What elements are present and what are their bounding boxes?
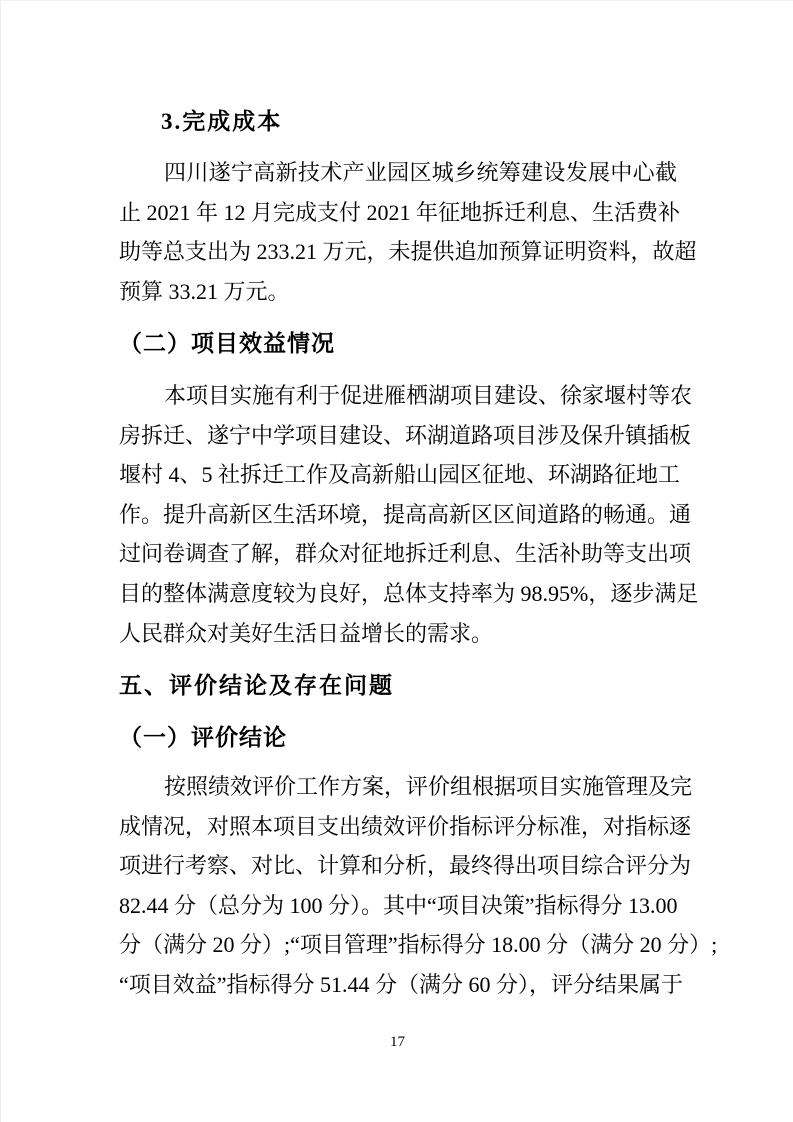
- paragraph-line: 按照绩效评价工作方案，评价组根据项目实施管理及完: [119, 767, 677, 807]
- paragraph-line: 止 2021 年 12 月完成支付 2021 年征地拆迁利息、生活费补: [119, 193, 677, 233]
- paragraph-project-benefit: 本项目实施有利于促进雁栖湖项目建设、徐家堰村等农 房拆迁、遂宁中学项目建设、环湖…: [119, 376, 677, 653]
- paragraph-line: 预算 33.21 万元。: [119, 272, 677, 312]
- paragraph-line: 目的整体满意度较为良好，总体支持率为 98.95%，逐步满足: [119, 574, 677, 614]
- paragraph-line: 分（满分 20 分）;“项目管理”指标得分 18.00 分（满分 20 分）;: [119, 925, 677, 965]
- paragraph-line: 82.44 分（总分为 100 分）。其中“项目决策”指标得分 13.00: [119, 886, 677, 926]
- paragraph-line: “项目效益”指标得分 51.44 分（满分 60 分），评分结果属于: [119, 965, 677, 1005]
- heading-evaluation-conclusion-chapter: 五、评价结论及存在问题: [119, 669, 677, 701]
- paragraph-line: 成情况，对照本项目支出绩效评价指标评分标准，对指标逐: [119, 807, 677, 847]
- paragraph-line: 堰村 4、5 社拆迁工作及高新船山园区征地、环湖路征地工: [119, 455, 677, 495]
- paragraph-line: 助等总支出为 233.21 万元，未提供追加预算证明资料，故超: [119, 232, 677, 272]
- heading-evaluation-conclusion-sub: （一）评价结论: [119, 723, 677, 753]
- document-page: 3.完成成本 四川遂宁高新技术产业园区城乡统筹建设发展中心截 止 2021 年 …: [0, 0, 793, 1122]
- heading-project-benefit: （二）项目效益情况: [119, 329, 677, 359]
- paragraph-line: 人民群众对美好生活日益增长的需求。: [119, 614, 677, 654]
- paragraph-line: 房拆迁、遂宁中学项目建设、环湖道路项目涉及保升镇插板: [119, 416, 677, 456]
- paragraph-line: 项进行考察、对比、计算和分析，最终得出项目综合评分为: [119, 846, 677, 886]
- heading-completion-cost: 3.完成成本: [119, 107, 719, 137]
- paragraph-completion-cost: 四川遂宁高新技术产业园区城乡统筹建设发展中心截 止 2021 年 12 月完成支…: [119, 153, 677, 311]
- page-number: 17: [1, 1032, 793, 1052]
- paragraph-evaluation-conclusion: 按照绩效评价工作方案，评价组根据项目实施管理及完 成情况，对照本项目支出绩效评价…: [119, 767, 677, 1005]
- paragraph-line: 四川遂宁高新技术产业园区城乡统筹建设发展中心截: [119, 153, 677, 193]
- paragraph-line: 作。提升高新区生活环境，提高高新区区间道路的畅通。通: [119, 495, 677, 535]
- paragraph-line: 本项目实施有利于促进雁栖湖项目建设、徐家堰村等农: [119, 376, 677, 416]
- paragraph-line: 过问卷调查了解，群众对征地拆迁利息、生活补助等支出项: [119, 534, 677, 574]
